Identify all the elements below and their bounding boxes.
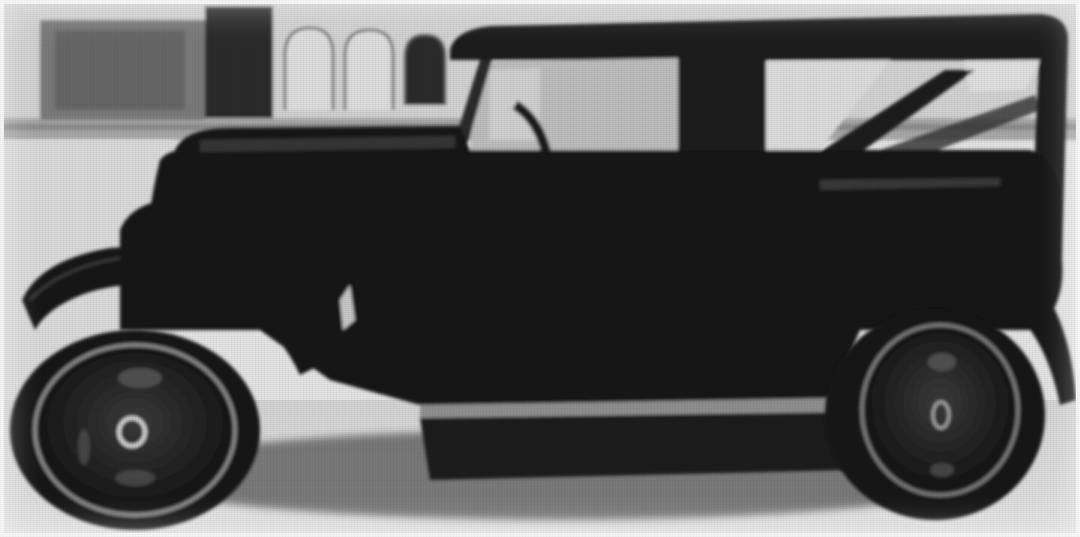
front-wheel [10,330,260,530]
arch-dark [405,35,445,105]
rear-wheel [825,310,1045,520]
arch [285,28,333,110]
arch [345,30,393,110]
pillar [205,6,273,118]
photograph [0,0,1080,537]
vintage-car-scene [0,0,1080,537]
